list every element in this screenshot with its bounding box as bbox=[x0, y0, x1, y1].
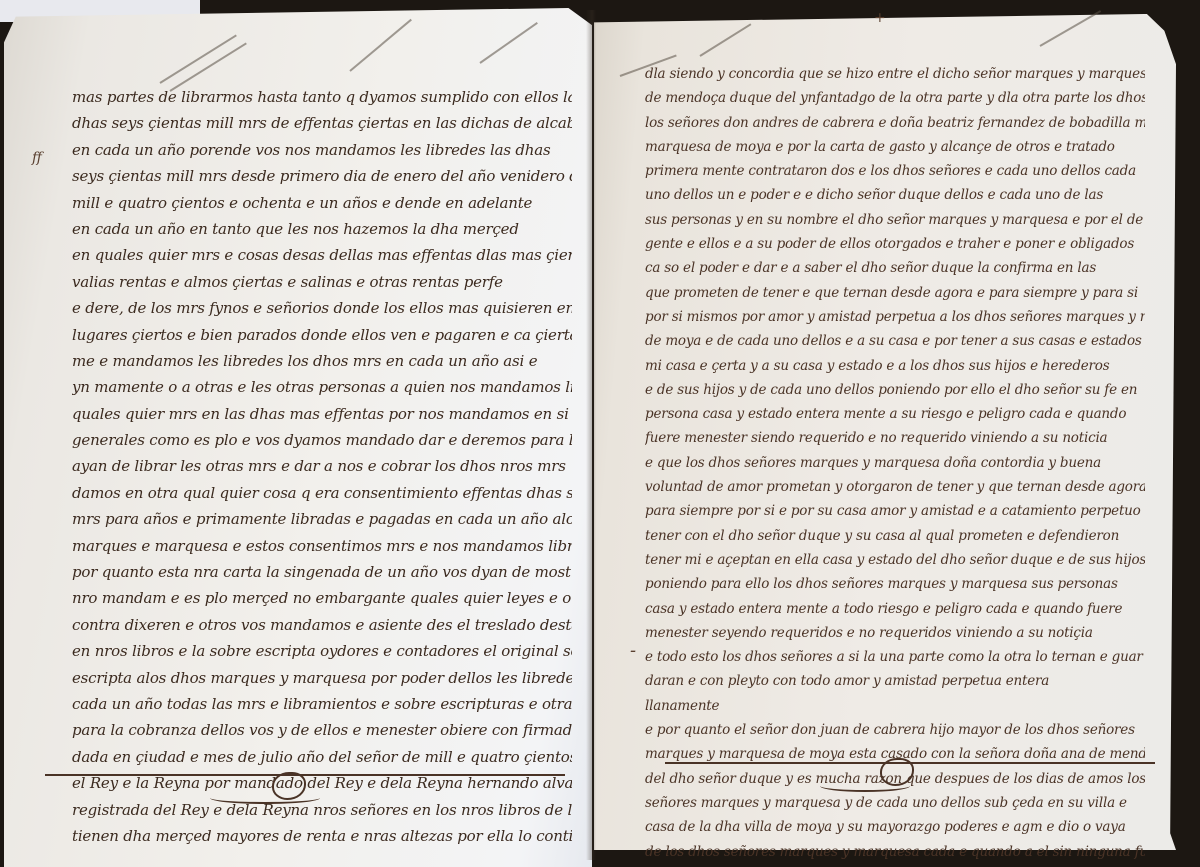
text-line: casa de la dha villa de moya y su mayora… bbox=[645, 815, 1145, 839]
text-line: dla siendo y concordia que se hizo entre… bbox=[645, 62, 1145, 86]
text-line: casa y estado entera mente a todo riesgo… bbox=[645, 597, 1145, 621]
text-line: primera mente contrataron dos e los dhos… bbox=[645, 159, 1145, 183]
text-line: fuere menester siendo requerido e no req… bbox=[645, 426, 1145, 450]
text-line: dada en çiudad e mes de julio año del se… bbox=[72, 744, 572, 770]
text-line: tener mi e açeptan en ella casa y estado… bbox=[645, 548, 1145, 572]
text-line: e dere, de los mrs fynos e señorios dond… bbox=[72, 295, 572, 321]
text-line: menester seyendo requeridos e no requeri… bbox=[645, 621, 1145, 645]
text-line: para la cobranza dellos vos y de ellos e… bbox=[72, 717, 572, 743]
right-page-text: dla siendo y concordia que se hizo entre… bbox=[645, 62, 1145, 864]
text-line: señores marques y marquesa y de cada uno… bbox=[645, 791, 1145, 815]
text-line: voluntad de amor prometan y otorgaron de… bbox=[645, 475, 1145, 499]
text-line: cada un año todas las mrs e libramientos… bbox=[72, 691, 572, 717]
text-line: generales como es plo e vos dyamos manda… bbox=[72, 427, 572, 453]
text-line: e todo esto los dhos señores a si la una… bbox=[645, 645, 1145, 669]
text-line: me e mandamos les libredes los dhos mrs … bbox=[72, 348, 572, 374]
text-line: valias rentas e almos çiertas e salinas … bbox=[72, 269, 572, 295]
text-line: por si mismos por amor y amistad perpetu… bbox=[645, 305, 1145, 329]
left-page-text: mas partes de librarmos hasta tanto q dy… bbox=[72, 84, 572, 849]
text-line: por quanto esta nra carta la singenada d… bbox=[72, 559, 572, 585]
text-line: en quales quier mrs e cosas desas dellas… bbox=[72, 242, 572, 268]
signature-flourish bbox=[820, 780, 910, 792]
margin-note: ff bbox=[32, 150, 42, 166]
text-line: marquesa de moya e por la carta de gasto… bbox=[645, 135, 1145, 159]
text-line: damos en otra qual quier cosa q era cons… bbox=[72, 480, 572, 506]
text-line: mill e quatro çientos e ochenta e un año… bbox=[72, 190, 572, 216]
text-line: poniendo para ello los dhos señores marq… bbox=[645, 572, 1145, 596]
signature-flourish bbox=[210, 792, 320, 804]
text-line: quales quier mrs en las dhas mas effenta… bbox=[72, 401, 572, 427]
text-line: tienen dha merçed mayores de renta e nra… bbox=[72, 823, 572, 849]
text-line: gente e ellos e a su poder de ellos otor… bbox=[645, 232, 1145, 256]
text-line: lugares çiertos e bien parados donde ell… bbox=[72, 322, 572, 348]
text-line: nro mandam e es plo merçed no embargante… bbox=[72, 585, 572, 611]
closing-rule-line bbox=[45, 774, 565, 776]
text-line: para siempre por si e por su casa amor y… bbox=[645, 499, 1145, 523]
text-line: mas partes de librarmos hasta tanto q dy… bbox=[72, 84, 572, 110]
text-line: marques e marquesa e estos consentimos m… bbox=[72, 533, 572, 559]
book-gutter bbox=[586, 10, 596, 860]
text-line: daran e con pleyto con todo amor y amist… bbox=[645, 669, 1145, 693]
margin-dash-mark: - bbox=[630, 640, 636, 661]
text-line: ca so el poder e dar e a saber el dho se… bbox=[645, 256, 1145, 280]
text-line: persona casa y estado entera mente a su … bbox=[645, 402, 1145, 426]
text-line: e que los dhos señores marques y marques… bbox=[645, 451, 1145, 475]
text-line: en cada un año porende vos nos mandamos … bbox=[72, 137, 572, 163]
text-line: escripta alos dhos marques y marquesa po… bbox=[72, 665, 572, 691]
text-line: contra dixeren e otros vos mandamos e as… bbox=[72, 612, 572, 638]
text-line: ayan de librar les otras mrs e dar a nos… bbox=[72, 453, 572, 479]
text-line: mrs para años e primamente libradas e pa… bbox=[72, 506, 572, 532]
text-line: sus personas y en su nombre el dho señor… bbox=[645, 208, 1145, 232]
text-line: registrada del Rey e dela Reyna nros señ… bbox=[72, 797, 572, 823]
margin-cross-mark: + bbox=[874, 10, 886, 26]
text-line: yn mamente o a otras e les otras persona… bbox=[72, 374, 572, 400]
text-line: de los dhos señores marques y marquesa c… bbox=[645, 840, 1145, 864]
text-line: e de sus hijos y de cada uno dellos poni… bbox=[645, 378, 1145, 402]
text-line: llanamente bbox=[645, 694, 1145, 718]
text-line: e por quanto el señor don juan de cabrer… bbox=[645, 718, 1145, 742]
text-line: dhas seys çientas mill mrs de effentas ç… bbox=[72, 110, 572, 136]
text-line: tener con el dho señor duque y su casa a… bbox=[645, 524, 1145, 548]
text-line: mi casa e çerta y a su casa y estado e a… bbox=[645, 354, 1145, 378]
text-line: uno dellos un e poder e e dicho señor du… bbox=[645, 183, 1145, 207]
text-line: los señores don andres de cabrera e doña… bbox=[645, 111, 1145, 135]
text-line: en nros libros e la sobre escripta oydor… bbox=[72, 638, 572, 664]
text-line: seys çientas mill mrs desde primero dia … bbox=[72, 163, 572, 189]
text-line: en cada un año en tanto que les nos haze… bbox=[72, 216, 572, 242]
text-line: de mendoça duque del ynfantadgo de la ot… bbox=[645, 86, 1145, 110]
text-line: que prometen de tener e que ternan desde… bbox=[645, 281, 1145, 305]
text-line: de moya e de cada uno dellos e a su casa… bbox=[645, 329, 1145, 353]
